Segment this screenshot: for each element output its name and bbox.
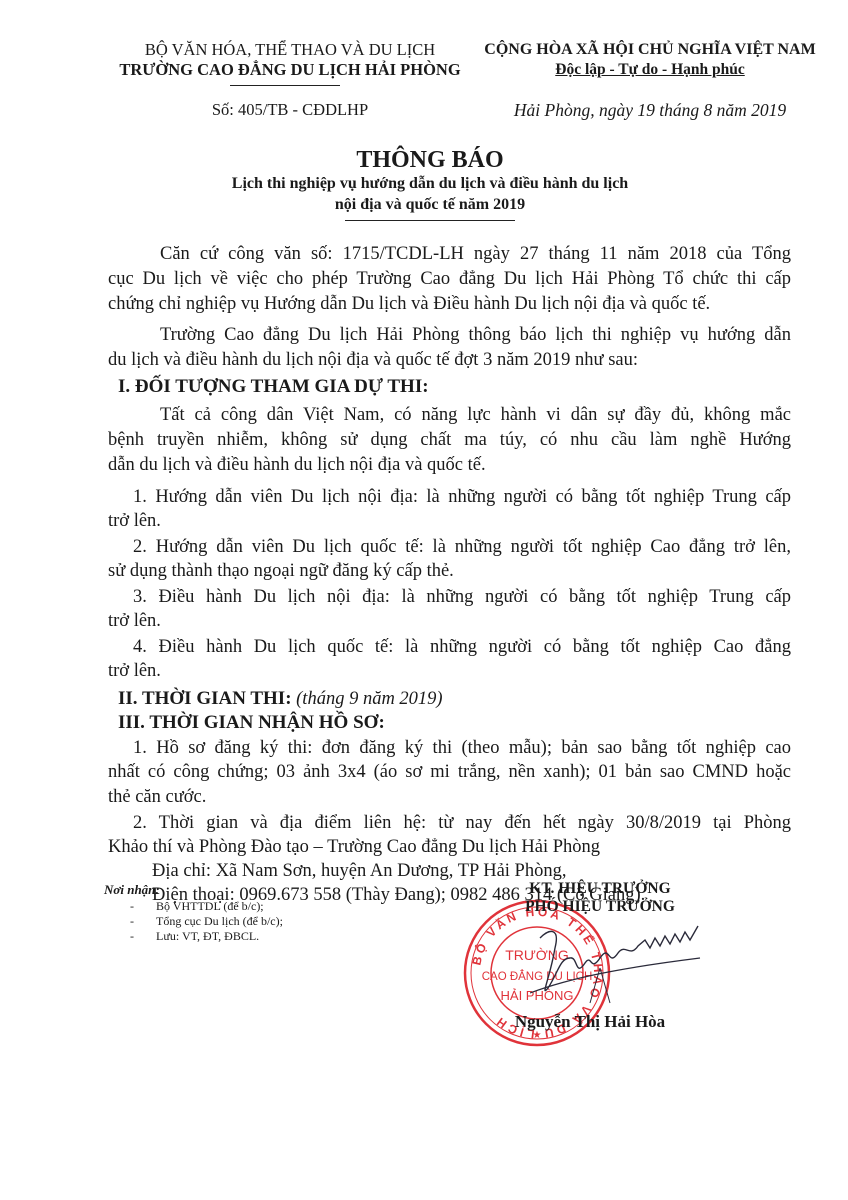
eligibility-item-3: 3. Điều hành Du lịch nội địa: là những n… bbox=[133, 587, 791, 608]
eligibility-item-3-cont: trở lên. bbox=[108, 611, 791, 632]
section-3-heading: III. THỜI GIAN NHẬN HỒ SƠ: bbox=[118, 712, 801, 734]
paragraph-1-line-3: chứng chỉ nghiệp vụ Hướng dẫn Du lịch và… bbox=[108, 294, 791, 315]
place-date: Hải Phòng, ngày 19 tháng 8 năm 2019 bbox=[470, 100, 830, 120]
document-subtitle-line1: Lịch thi nghiệp vụ hướng dẫn du lịch và … bbox=[190, 175, 670, 193]
signature-title-2: PHÓ HIỆU TRƯỞNG bbox=[470, 898, 730, 916]
paragraph-1-line-2: cục Du lịch về việc cho phép Trường Cao … bbox=[108, 269, 791, 290]
section-1-intro-line-3: dẫn du lịch và điều hành du lịch nội địa… bbox=[108, 455, 791, 476]
eligibility-item-1: 1. Hướng dẫn viên Du lịch nội địa: là nh… bbox=[133, 487, 791, 508]
section-2-title: II. THỜI GIAN THI bbox=[118, 688, 285, 709]
section-1-intro-line-2: bệnh truyền nhiễm, không sử dụng chất ma… bbox=[108, 430, 791, 451]
eligibility-item-4: 4. Điều hành Du lịch quốc tế: là những n… bbox=[133, 637, 791, 658]
application-item-1-cont2: thẻ căn cước. bbox=[108, 787, 791, 808]
application-item-2-cont: Khảo thí và Phòng Đào tạo – Trường Cao đ… bbox=[108, 837, 791, 858]
handwritten-signature bbox=[530, 918, 720, 1008]
recipient-item-1: -Bộ VHTTDL (để b/c); bbox=[130, 899, 264, 913]
ministry-name: BỘ VĂN HÓA, THỂ THAO VÀ DU LỊCH bbox=[100, 40, 480, 60]
signatory-name: Nguyễn Thị Hải Hòa bbox=[470, 1012, 710, 1032]
motto: Độc lập - Tự do - Hạnh phúc bbox=[470, 60, 830, 80]
section-1-intro-line-1: Tất cả công dân Việt Nam, có năng lực hà… bbox=[160, 405, 791, 426]
school-name: TRƯỜNG CAO ĐẲNG DU LỊCH HẢI PHÒNG bbox=[100, 60, 480, 80]
recipient-item-3: -Lưu: VT, ĐT, ĐBCL. bbox=[130, 929, 259, 943]
eligibility-item-2-cont: sử dụng thành thạo ngoại ngữ đăng ký cấp… bbox=[108, 561, 791, 582]
paragraph-2-line-1: Trường Cao đẳng Du lịch Hải Phòng thông … bbox=[160, 325, 791, 346]
section-1-heading: I. ĐỐI TƯỢNG THAM GIA DỰ THI: bbox=[118, 376, 801, 398]
document-subtitle-line2: nội địa và quốc tế năm 2019 bbox=[190, 196, 670, 214]
application-item-2: 2. Thời gian và địa điểm liên hệ: từ nay… bbox=[133, 813, 791, 834]
paragraph-1-line-1: Căn cứ công văn số: 1715/TCDL-LH ngày 27… bbox=[160, 244, 791, 265]
application-item-1: 1. Hồ sơ đăng ký thi: đơn đăng ký thi (t… bbox=[133, 738, 791, 759]
exam-time-value: (tháng 9 năm 2019) bbox=[296, 689, 442, 709]
paragraph-2-line-2: du lịch và điều hành du lịch nội địa và … bbox=[108, 350, 791, 371]
document-title: THÔNG BÁO bbox=[200, 147, 660, 174]
recipient-item-2: -Tổng cục Du lịch (để b/c); bbox=[130, 914, 283, 928]
title-underline bbox=[345, 220, 515, 221]
section-3-title: III. THỜI GIAN NHẬN HỒ SƠ bbox=[118, 712, 378, 733]
document-number: Số: 405/TB - CĐDLHP bbox=[100, 100, 480, 120]
application-item-1-cont: nhất có công chứng; 03 ảnh 3x4 (áo sơ mi… bbox=[108, 762, 791, 783]
contact-address: Địa chỉ: Xã Nam Sơn, huyện An Dương, TP … bbox=[152, 861, 835, 882]
eligibility-item-4-cont: trở lên. bbox=[108, 661, 791, 682]
nation-title: CỘNG HÒA XÃ HỘI CHỦ NGHĨA VIỆT NAM bbox=[470, 40, 830, 60]
section-2-heading: II. THỜI GIAN THI: (tháng 9 năm 2019) bbox=[118, 688, 801, 710]
eligibility-item-2: 2. Hướng dẫn viên Du lịch quốc tế: là nh… bbox=[133, 537, 791, 558]
eligibility-item-1-cont: trở lên. bbox=[108, 511, 791, 532]
header-left-underline bbox=[230, 85, 340, 86]
signature-title-1: KT. HIỆU TRƯỞNG bbox=[470, 880, 730, 898]
recipients-label: Nơi nhận: bbox=[104, 882, 160, 898]
